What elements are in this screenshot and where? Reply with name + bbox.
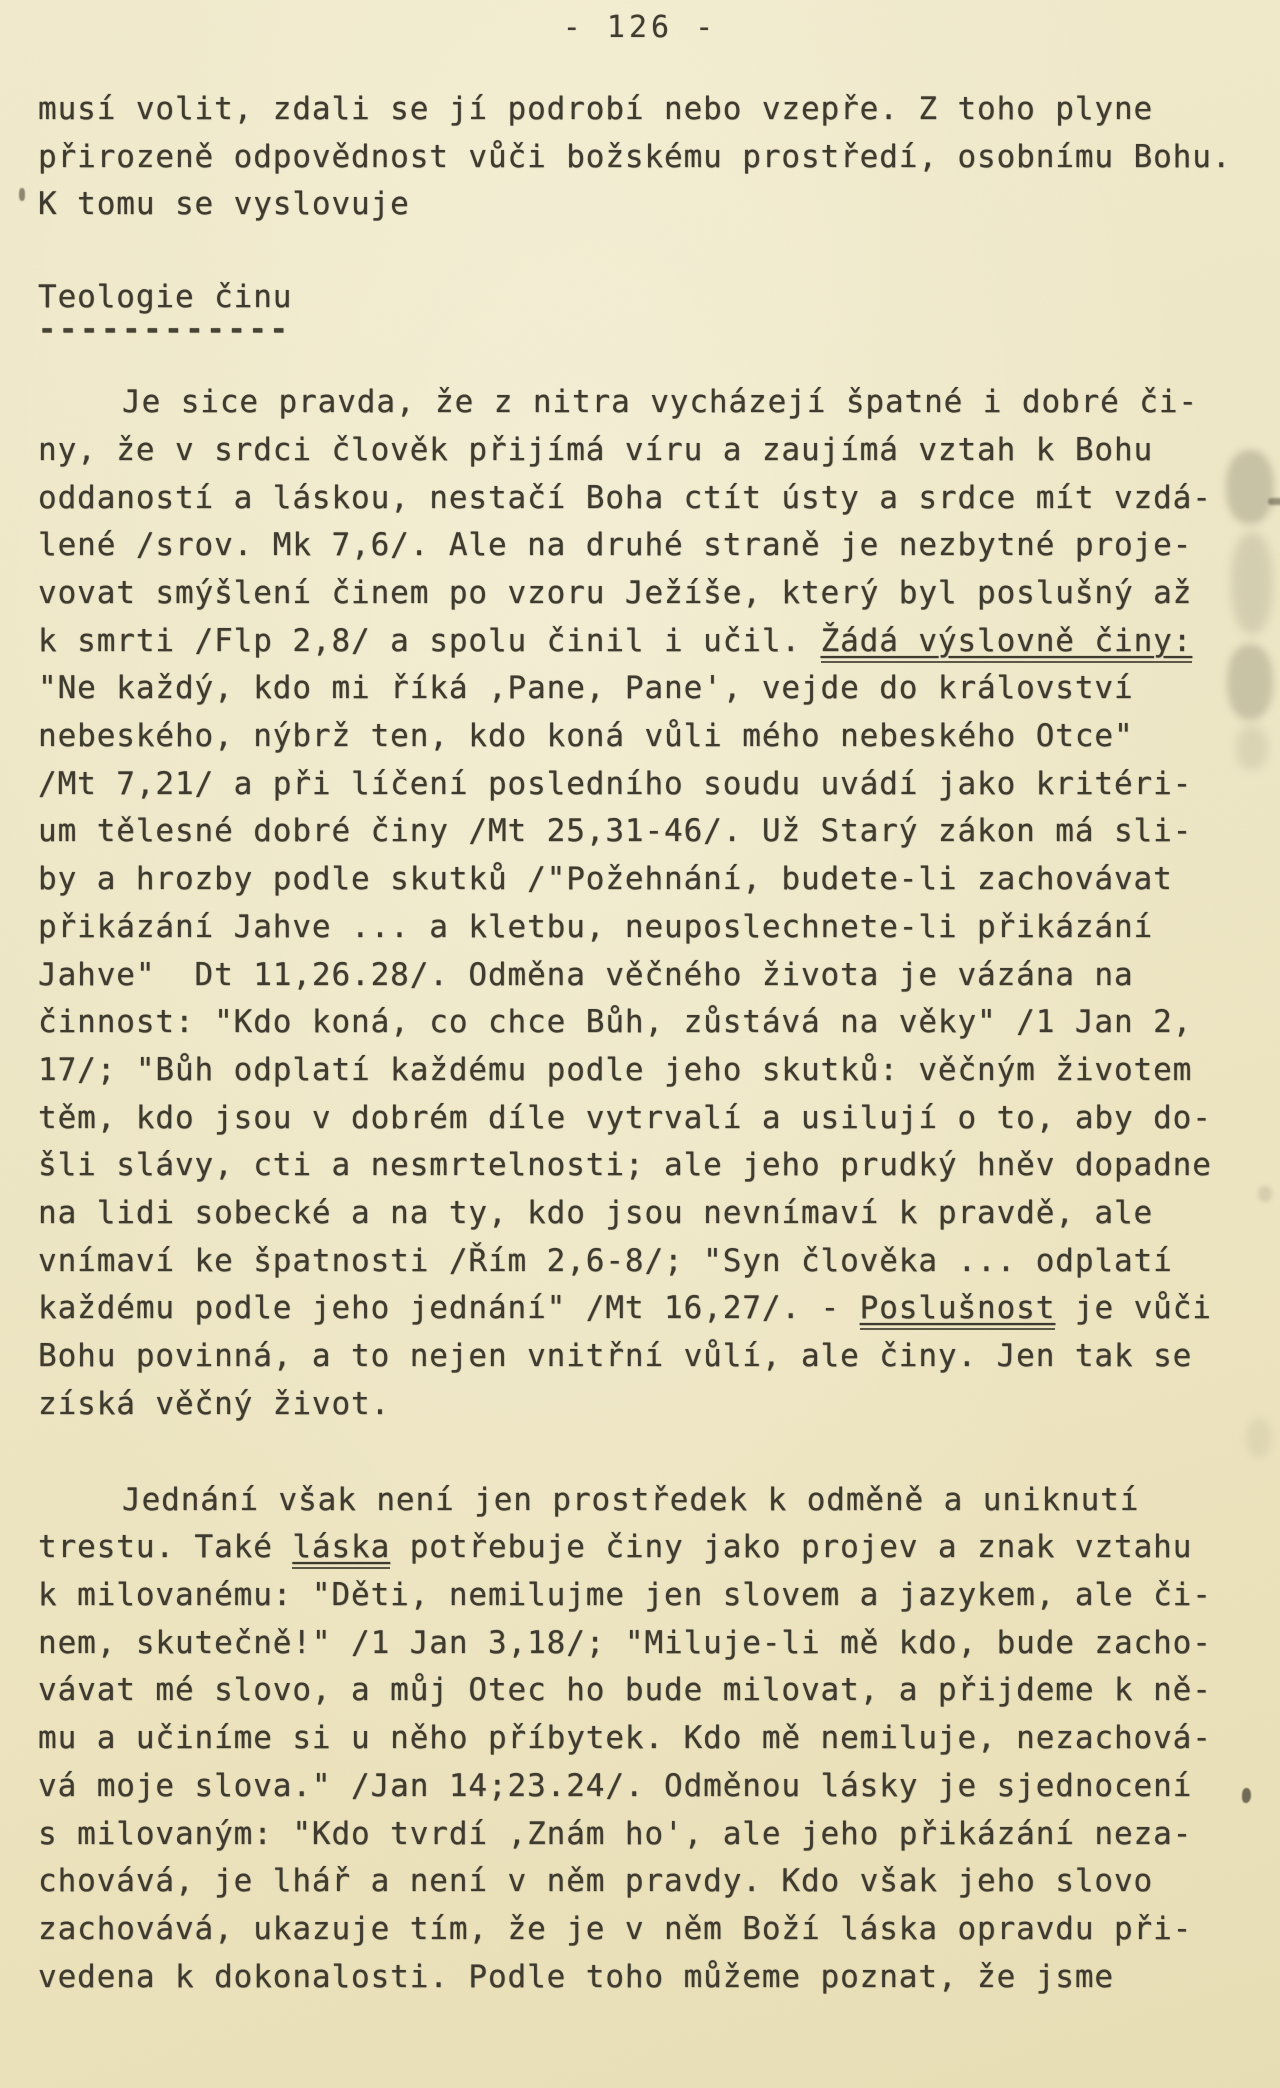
page-number: - 126 -: [0, 10, 1280, 45]
text-segment: by a hrozby podle skutků /"Požehnání, bu…: [38, 861, 1173, 897]
text-segment: musí volit, zdali se jí podrobí nebo vze…: [38, 91, 1153, 127]
text-line: um tělesné dobré činy /Mt 25,31-46/. Už …: [38, 808, 1256, 856]
text-segment: je vůči: [1055, 1290, 1212, 1326]
text-line: vá moje slova." /Jan 14;23.24/. Odměnou …: [38, 1763, 1256, 1811]
text-segment: činnost: "Kdo koná, co chce Bůh, zůstává…: [38, 1004, 1192, 1040]
text-line: zachovává, ukazuje tím, že je v něm Boží…: [38, 1906, 1256, 1954]
text-segment: mu a učiníme si u něho příbytek. Kdo mě …: [38, 1720, 1212, 1756]
text-line: nebeského, nýbrž ten, kdo koná vůli mého…: [38, 713, 1256, 761]
underlined-term: láska: [292, 1529, 390, 1569]
text-line: vovat smýšlení činem po vzoru Ježíše, kt…: [38, 570, 1256, 618]
text-line: nem, skutečně!" /1 Jan 3,18/; "Miluje-li…: [38, 1620, 1256, 1668]
text-line: vedena k dokonalosti. Podle toho můžeme …: [38, 1954, 1256, 2002]
text-line: Je sice pravda, že z nitra vycházejí špa…: [38, 379, 1256, 427]
text-segment: K tomu se vyslovuje: [38, 186, 410, 222]
text-line: činnost: "Kdo koná, co chce Bůh, zůstává…: [38, 999, 1256, 1047]
text-line: s milovaným: "Kdo tvrdí ,Znám ho', ale j…: [38, 1811, 1256, 1859]
text-segment: každému podle jeho jednání" /Mt 16,27/. …: [38, 1290, 860, 1326]
text-segment: přikázání Jahve ... a kletbu, neuposlech…: [38, 909, 1153, 945]
text-line: /Mt 7,21/ a při líčení posledního soudu …: [38, 761, 1256, 809]
margin-ink-mark: [1268, 498, 1280, 505]
text-line: těm, kdo jsou v dobrém díle vytrvalí a u…: [38, 1095, 1256, 1143]
text-segment: k smrti /Flp 2,8/ a spolu činil i učil.: [38, 623, 821, 659]
text-segment: nem, skutečně!" /1 Jan 3,18/; "Miluje-li…: [38, 1625, 1212, 1661]
text-segment: chovává, je lhář a není v něm pravdy. Kd…: [38, 1863, 1153, 1899]
text-segment: šli slávy, cti a nesmrtelnosti; ale jeho…: [38, 1147, 1212, 1183]
margin-ink-mark: [19, 188, 25, 201]
text-segment: nebeského, nýbrž ten, kdo koná vůli mého…: [38, 718, 1134, 754]
text-line: by a hrozby podle skutků /"Požehnání, bu…: [38, 856, 1256, 904]
text-line: chovává, je lhář a není v něm pravdy. Kd…: [38, 1858, 1256, 1906]
paragraph: Je sice pravda, že z nitra vycházejí špa…: [38, 379, 1256, 1428]
section-heading-text: Teologie činu: [38, 277, 1256, 317]
text-segment: potřebuje činy jako projev a znak vztahu: [390, 1529, 1192, 1565]
paragraph: musí volit, zdali se jí podrobí nebo vze…: [38, 86, 1256, 229]
paragraph: Jednání však není jen prostředek k odměn…: [38, 1477, 1256, 2002]
text-line: mu a učiníme si u něho příbytek. Kdo mě …: [38, 1715, 1256, 1763]
text-line: šli slávy, cti a nesmrtelnosti; ale jeho…: [38, 1142, 1256, 1190]
text-segment: Bohu povinná, a to nejen vnitřní vůlí, a…: [38, 1338, 1192, 1374]
text-segment: zachovává, ukazuje tím, že je v něm Boží…: [38, 1911, 1192, 1947]
text-line: na lidi sobecké a na ty, kdo jsou nevním…: [38, 1190, 1256, 1238]
text-segment: vedena k dokonalosti. Podle toho můžeme …: [38, 1959, 1114, 1995]
text-segment: přirozeně odpovědnost vůči božskému pros…: [38, 139, 1231, 175]
text-line: ny, že v srdci člověk přijímá víru a zau…: [38, 427, 1256, 475]
text-segment: na lidi sobecké a na ty, kdo jsou nevním…: [38, 1195, 1153, 1231]
text-segment: vnímaví ke špatnosti /Řím 2,6-8/; "Syn č…: [38, 1243, 1173, 1279]
text-segment: získá věčný život.: [38, 1386, 390, 1422]
text-segment: lené /srov. Mk 7,6/. Ale na druhé straně…: [38, 527, 1192, 563]
text-segment: vovat smýšlení činem po vzoru Ježíše, kt…: [38, 575, 1192, 611]
text-line: "Ne každý, kdo mi říká ,Pane, Pane', vej…: [38, 665, 1256, 713]
text-line: Jednání však není jen prostředek k odměn…: [38, 1477, 1256, 1525]
text-segment: s milovaným: "Kdo tvrdí ,Znám ho', ale j…: [38, 1816, 1192, 1852]
text-line: přikázání Jahve ... a kletbu, neuposlech…: [38, 904, 1256, 952]
text-segment: Je sice pravda, že z nitra vycházejí špa…: [122, 384, 1198, 420]
text-segment: těm, kdo jsou v dobrém díle vytrvalí a u…: [38, 1100, 1212, 1136]
text-line: vávat mé slovo, a můj Otec ho bude milov…: [38, 1667, 1256, 1715]
text-segment: ny, že v srdci člověk přijímá víru a zau…: [38, 432, 1153, 468]
text-segment: oddaností a láskou, nestačí Boha ctít ús…: [38, 480, 1212, 516]
underlined-term: Žádá výslovně činy:: [821, 623, 1193, 663]
margin-smudge: [1258, 1186, 1272, 1202]
text-line: lené /srov. Mk 7,6/. Ale na druhé straně…: [38, 522, 1256, 570]
text-line: přirozeně odpovědnost vůči božskému pros…: [38, 134, 1256, 182]
text-line: oddaností a láskou, nestačí Boha ctít ús…: [38, 475, 1256, 523]
text-segment: trestu. Také: [38, 1529, 292, 1565]
text-segment: 17/; "Bůh odplatí každému podle jeho sku…: [38, 1052, 1192, 1088]
text-line: získá věčný život.: [38, 1381, 1256, 1429]
text-line: k smrti /Flp 2,8/ a spolu činil i učil. …: [38, 618, 1256, 666]
scanned-document-page: - 126 - musí volit, zdali se jí podrobí …: [0, 0, 1280, 2088]
text-line: Jahve" Dt 11,26.28/. Odměna věčného živo…: [38, 952, 1256, 1000]
text-segment: /Mt 7,21/ a při líčení posledního soudu …: [38, 766, 1192, 802]
text-line: vnímaví ke špatnosti /Řím 2,6-8/; "Syn č…: [38, 1238, 1256, 1286]
section-heading: Teologie činu------------: [38, 277, 1256, 343]
text-segment: um tělesné dobré činy /Mt 25,31-46/. Už …: [38, 813, 1192, 849]
text-line: musí volit, zdali se jí podrobí nebo vze…: [38, 86, 1256, 134]
text-line: k milovanému: "Děti, nemilujme jen slove…: [38, 1572, 1256, 1620]
section-heading-underline: ------------: [38, 317, 1256, 343]
text-segment: Jednání však není jen prostředek k odměn…: [122, 1482, 1139, 1518]
text-line: každému podle jeho jednání" /Mt 16,27/. …: [38, 1285, 1256, 1333]
underlined-term: Poslušnost: [860, 1290, 1056, 1330]
text-segment: k milovanému: "Děti, nemilujme jen slove…: [38, 1577, 1212, 1613]
text-body: musí volit, zdali se jí podrobí nebo vze…: [38, 86, 1256, 2049]
text-line: Bohu povinná, a to nejen vnitřní vůlí, a…: [38, 1333, 1256, 1381]
text-segment: vá moje slova." /Jan 14;23.24/. Odměnou …: [38, 1768, 1192, 1804]
text-line: K tomu se vyslovuje: [38, 181, 1256, 229]
text-line: 17/; "Bůh odplatí každému podle jeho sku…: [38, 1047, 1256, 1095]
text-segment: "Ne každý, kdo mi říká ,Pane, Pane', vej…: [38, 670, 1134, 706]
text-segment: vávat mé slovo, a můj Otec ho bude milov…: [38, 1672, 1212, 1708]
text-segment: Jahve" Dt 11,26.28/. Odměna věčného živo…: [38, 957, 1134, 993]
text-line: trestu. Také láska potřebuje činy jako p…: [38, 1524, 1256, 1572]
